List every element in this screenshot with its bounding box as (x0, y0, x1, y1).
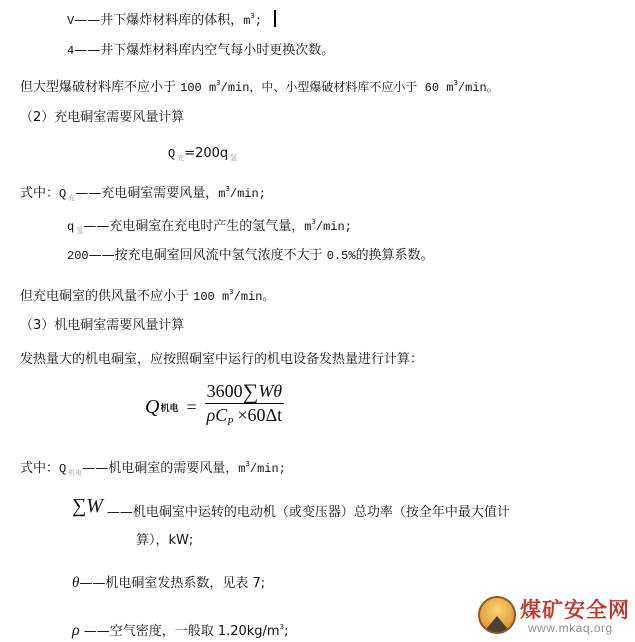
coefficient: 3600 (207, 381, 243, 401)
note-text: /min，中、小型爆破材料库不应小于 (221, 81, 425, 95)
symbol-200: 200 (67, 249, 89, 263)
mountain-logo-icon (478, 596, 516, 634)
delta-t: Δt (266, 405, 283, 425)
sum-w-symbol: ∑W (72, 495, 103, 517)
formula-q: Q (168, 147, 175, 161)
definition-text: 按充电硐室回风流中氢气浓度不大于 (115, 248, 327, 263)
text-cursor (274, 10, 276, 27)
where-q-electromechanical: 式中：Q机电——机电硐室的需要风量，m3/min; (20, 456, 286, 481)
definition-text: 的换算系数。 (356, 248, 434, 263)
definition-rho: ρ——空气密度，一般取 1.20kg/m3; (72, 619, 288, 640)
definition-text: 空气密度，一般取 1.20kg/m (110, 624, 280, 639)
definition-200: 200——按充电硐室回风流中氢气浓度不大于 0.5%的换算系数。 (67, 248, 434, 264)
note-text: 但大型爆破材料库不应小于 (20, 80, 180, 95)
rho-symbol: ρ (72, 622, 80, 639)
definition-text: 井下爆炸材料库内空气每小时更换次数。 (100, 43, 334, 58)
dash: —— (74, 43, 100, 58)
definition-sum-w: ∑W——机电硐室中运转的电动机（或变压器）总功率（按全年中最大值计 (72, 498, 510, 521)
fraction: 3600∑Wθ ρCP×60Δt (205, 380, 285, 434)
definition-text: 机电硐室中运转的电动机（或变压器）总功率（按全年中最大值计 (133, 505, 510, 520)
note-text: 但充电硐室的供风量不应小于 (20, 289, 193, 304)
value: 100 m (180, 81, 216, 95)
heading-text: （3）机电硐室需要风量计算 (20, 318, 184, 333)
symbol-q: q (67, 220, 74, 234)
dash: —— (82, 461, 108, 476)
symbol-q: Q (59, 462, 66, 476)
rho: ρ (207, 405, 216, 425)
value: 60 m (425, 81, 454, 95)
definition-4: 4——井下爆炸材料库内空气每小时更换次数。 (67, 43, 334, 59)
denominator: ρCP×60Δt (205, 404, 285, 434)
symbol-q: Q (59, 187, 66, 201)
dash: —— (84, 624, 110, 639)
value: 0.5% (327, 249, 356, 263)
dash: —— (83, 219, 109, 234)
note-text: /min。 (458, 81, 499, 95)
where-label: 式中： (20, 186, 59, 201)
definition-text: 机电硐室发热系数，见表 7; (105, 576, 265, 591)
formula-lhs: Q (145, 396, 159, 419)
dash: —— (107, 505, 133, 520)
section-heading-charging-room: （2）充电硐室需要风量计算 (20, 110, 184, 126)
definition-tail: ; (284, 624, 288, 639)
unit-tail: /min; (250, 462, 286, 476)
intro-text: 发热量大的机电硐室，应按照硐室中运行的机电设备发热量进行计算： (20, 352, 423, 367)
unit-tail: /min; (230, 187, 266, 201)
watermark: 煤矿安全网 www.mkaq.org (478, 594, 630, 638)
equals-sign: = (186, 397, 196, 418)
note-text: /min。 (234, 290, 275, 304)
unit-tail: /min; (316, 220, 352, 234)
section-heading-electromechanical-room: （3）机电硐室需要风量计算 (20, 318, 184, 334)
sum-icon: ∑ (243, 379, 259, 404)
dash: —— (79, 576, 105, 591)
heading-text: （2）充电硐室需要风量计算 (20, 110, 184, 125)
note-explosive-storage: 但大型爆破材料库不应小于 100 m3/min，中、小型爆破材料库不应小于 60… (20, 75, 499, 96)
formula-electromechanical-room: Q机电 = 3600∑Wθ ρCP×60Δt (145, 380, 284, 434)
dash: —— (75, 186, 101, 201)
c-subscript: P (227, 417, 233, 428)
subscript: 机电 (68, 469, 82, 477)
c: C (215, 405, 227, 425)
note-charging-room-min: 但充电硐室的供风量不应小于 100 m3/min。 (20, 284, 274, 305)
formula-charging-room: Q充=200q氢 (168, 146, 237, 166)
watermark-title: 煤矿安全网 (520, 594, 630, 624)
times-60: ×60 (237, 405, 265, 425)
dash: —— (74, 13, 100, 28)
where-label: 式中： (20, 461, 59, 476)
dash: —— (89, 248, 115, 263)
value: 100 m (193, 290, 229, 304)
definition-q-hydrogen: q氢——充电硐室在充电时产生的氢气量，m3/min; (67, 214, 352, 239)
subscript: 氢 (230, 154, 237, 162)
definition-text: 充电硐室在充电时产生的氢气量， (109, 219, 304, 234)
formula-lhs-subscript: 机电 (160, 401, 178, 414)
definition-v: V——井下爆炸材料库的体积，m3; (67, 8, 276, 29)
definition-theta: θ——机电硐室发热系数，见表 7; (72, 575, 265, 592)
formula-rhs: =200q (184, 146, 228, 161)
definition-text: 算），kW; (136, 533, 193, 548)
definition-text: 机电硐室的需要风量， (108, 461, 238, 476)
intro-electromechanical: 发热量大的机电硐室，应按照硐室中运行的机电设备发热量进行计算： (20, 352, 423, 368)
definition-sum-w-continued: 算），kW; (136, 533, 193, 549)
definition-text: 充电硐室需要风量， (101, 186, 218, 201)
unit-tail: ; (255, 14, 262, 28)
watermark-url: www.mkaq.org (528, 621, 613, 635)
numerator: 3600∑Wθ (205, 380, 285, 403)
where-q-charging: 式中：Q充——充电硐室需要风量，m3/min; (20, 181, 266, 206)
variables: Wθ (258, 381, 282, 401)
definition-text: 井下爆炸材料库的体积， (100, 13, 243, 28)
